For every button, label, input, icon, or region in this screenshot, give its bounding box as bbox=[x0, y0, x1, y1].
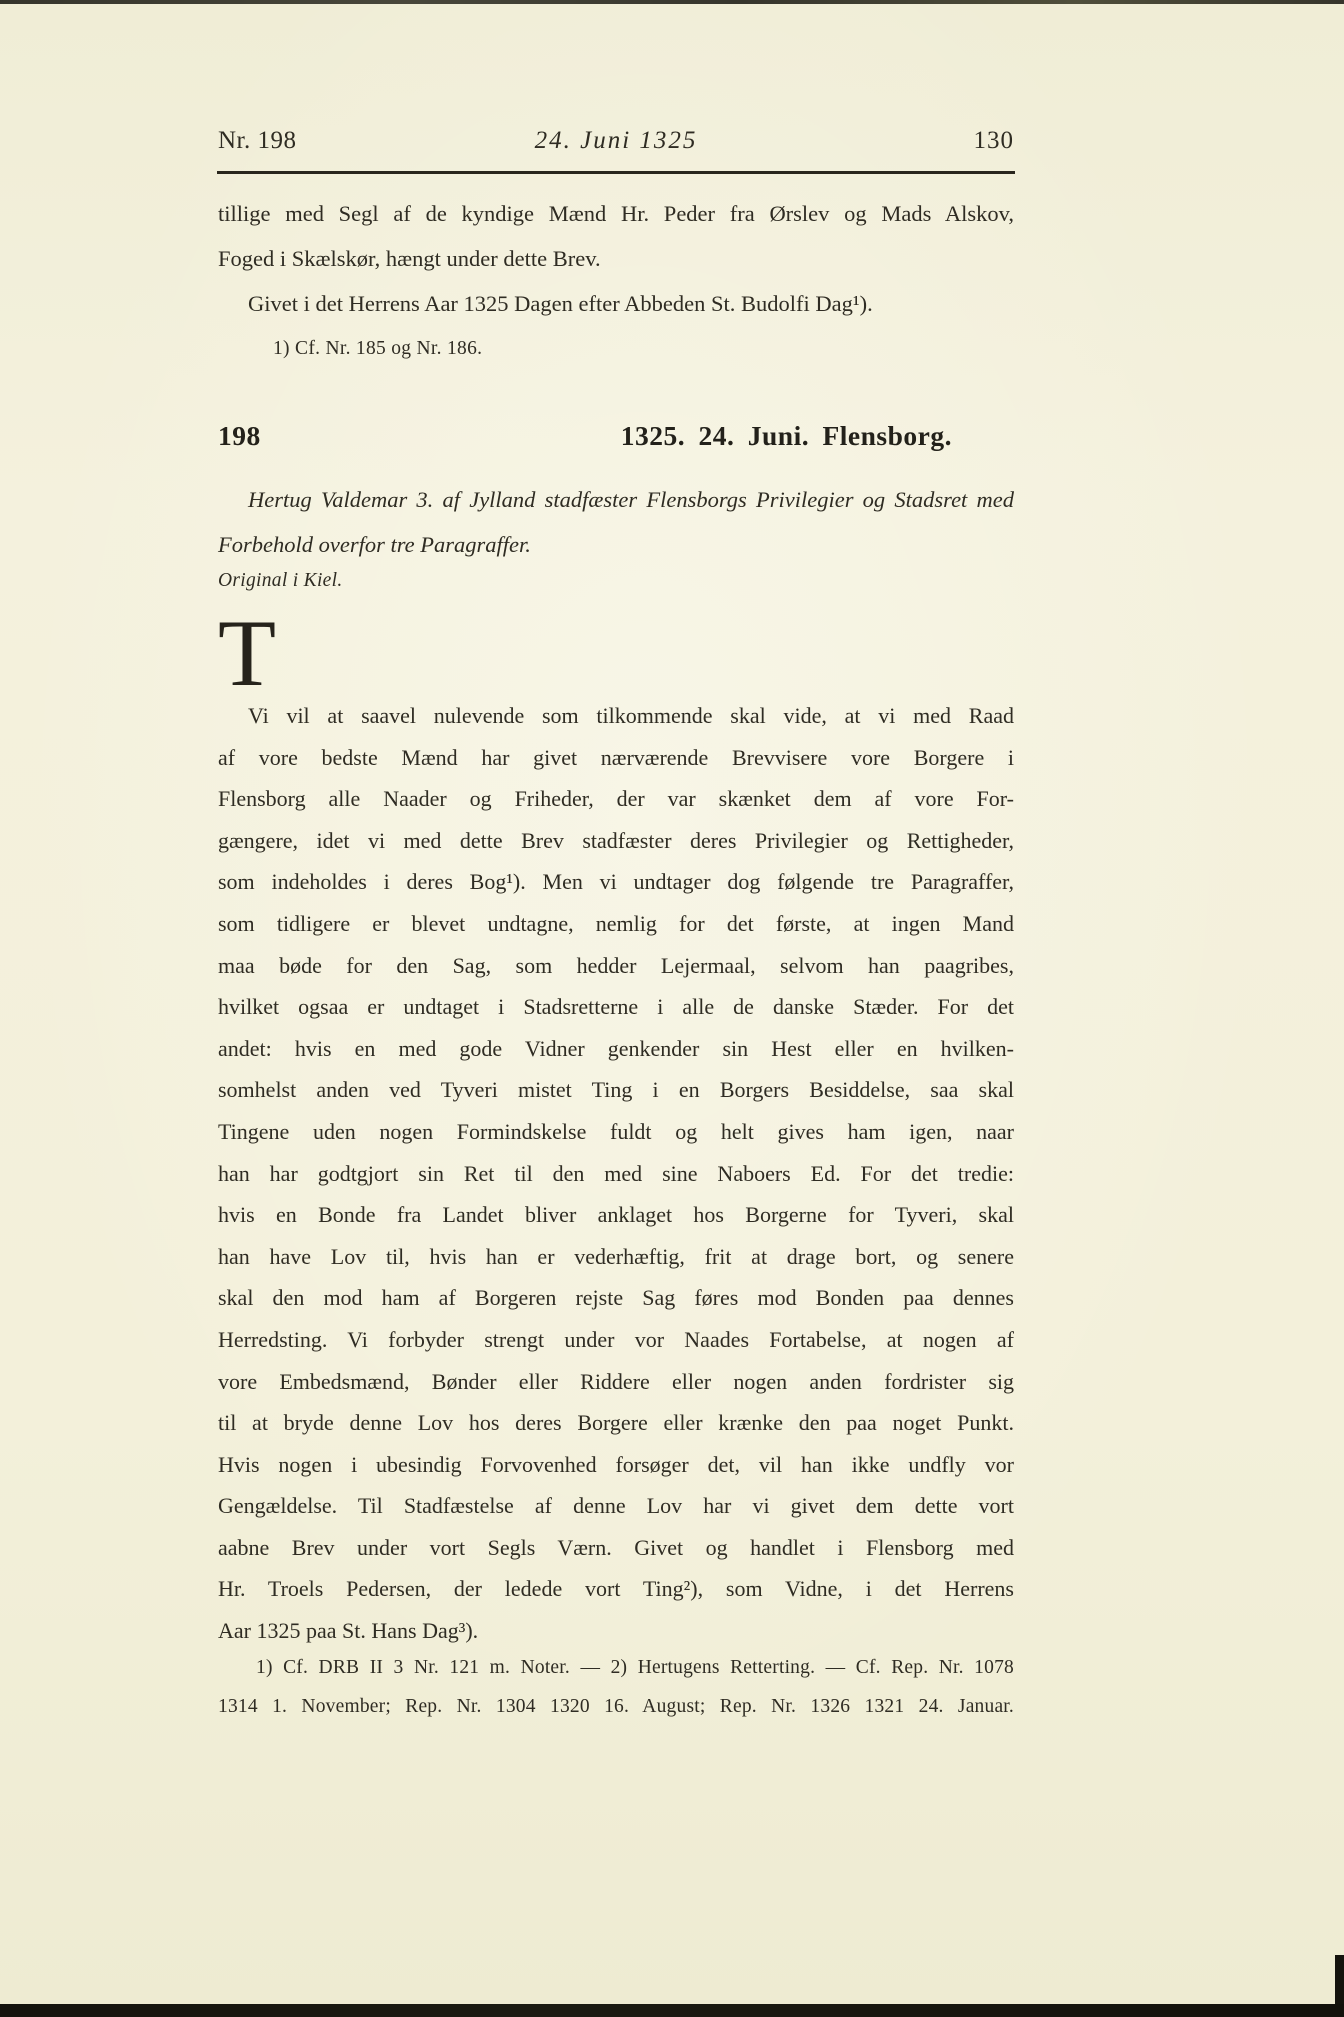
text-line: hvilket ogsaa er undtaget i Stadsrettern… bbox=[218, 986, 1014, 1028]
text-line: 1314 1. November; Rep. Nr. 1304 1320 16.… bbox=[218, 1687, 1014, 1726]
header-date: 24. Juni 1325 bbox=[218, 127, 1014, 155]
text-line: Flensborg alle Naader og Friheder, der v… bbox=[218, 778, 1014, 820]
text-line: gængere, idet vi med dette Brev stadfæst… bbox=[218, 820, 1014, 862]
page-edge-top bbox=[0, 0, 1344, 4]
text-line: Hertug Valdemar 3. af Jylland stadfæster… bbox=[218, 477, 1014, 522]
text-line: somhelst anden ved Tyveri mistet Ting i … bbox=[218, 1069, 1014, 1111]
header-rule bbox=[217, 171, 1015, 174]
page-edge-bottom bbox=[0, 2004, 1344, 2017]
text-line: til at bryde denne Lov hos deres Borgere… bbox=[218, 1402, 1014, 1444]
text-line: som tidligere er blevet undtagne, nemlig… bbox=[218, 903, 1014, 945]
text-line: han have Lov til, hvis han er vederhæfti… bbox=[218, 1236, 1014, 1278]
text-line: Hr. Troels Pedersen, der ledede vort Tin… bbox=[218, 1568, 1014, 1610]
previous-entry-footnote: 1) Cf. Nr. 185 og Nr. 186. bbox=[218, 330, 1069, 368]
entry-date-place: 1325. 24. Juni. Flensborg. bbox=[621, 420, 952, 460]
text-line: andet: hvis en med gode Vidner genkender… bbox=[218, 1028, 1014, 1070]
entry-footnotes: 1) Cf. DRB II 3 Nr. 121 m. Noter. — 2) H… bbox=[218, 1648, 1014, 1726]
text-line: han har godtgjort sin Ret til den med si… bbox=[218, 1153, 1014, 1195]
text-line: Hvis nogen i ubesindig Forvovenhed forsø… bbox=[218, 1444, 1014, 1486]
text-line: hvis en Bonde fra Landet bliver anklaget… bbox=[218, 1194, 1014, 1236]
text-line: Gengældelse. Til Stadfæstelse af denne L… bbox=[218, 1485, 1014, 1527]
text-line: aabne Brev under vort Segls Værn. Givet … bbox=[218, 1527, 1014, 1569]
previous-entry-text: tillige med Segl af de kyndige Mænd Hr. … bbox=[218, 191, 1014, 326]
entry-number: 198 bbox=[218, 420, 261, 460]
dropcap-initial: T bbox=[218, 612, 287, 695]
text-line: Forbehold overfor tre Paragraffer. bbox=[218, 522, 1014, 567]
text-line: Givet i det Herrens Aar 1325 Dagen efter… bbox=[218, 281, 1014, 326]
header-page-number: 130 bbox=[974, 127, 1015, 155]
entry-source: Original i Kiel. bbox=[218, 570, 1014, 592]
text-line: maa bøde for den Sag, som hedder Lejerma… bbox=[218, 945, 1014, 987]
text-line: skal den mod ham af Borgeren rejste Sag … bbox=[218, 1277, 1014, 1319]
text-line: 1) Cf. DRB II 3 Nr. 121 m. Noter. — 2) H… bbox=[218, 1648, 1014, 1687]
text-line: som indeholdes i deres Bog¹). Men vi und… bbox=[218, 861, 1014, 903]
entry-summary: Hertug Valdemar 3. af Jylland stadfæster… bbox=[218, 477, 1014, 567]
text-line: Foged i Skælskør, hængt under dette Brev… bbox=[218, 236, 1014, 281]
entry-body: Vi vil at saavel nulevende som tilkommen… bbox=[218, 695, 1014, 1652]
text-line: Vi vil at saavel nulevende som tilkommen… bbox=[218, 695, 1014, 737]
text-line: tillige med Segl af de kyndige Mænd Hr. … bbox=[218, 191, 1014, 236]
entry-opening: T bbox=[218, 612, 1014, 695]
text-line: af vore bedste Mænd har givet nærværende… bbox=[218, 737, 1014, 779]
text-line: Herredsting. Vi forbyder strengt under v… bbox=[218, 1319, 1014, 1361]
running-header: Nr. 198 24. Juni 1325 130 bbox=[218, 127, 1014, 161]
text-line: vore Embedsmænd, Bønder eller Riddere el… bbox=[218, 1361, 1014, 1403]
text-line: Tingene uden nogen Formindskelse fuldt o… bbox=[218, 1111, 1014, 1153]
entry-heading-row: 198 1325. 24. Juni. Flensborg. bbox=[218, 420, 1014, 460]
text-line: Aar 1325 paa St. Hans Dag³). bbox=[218, 1610, 1014, 1652]
